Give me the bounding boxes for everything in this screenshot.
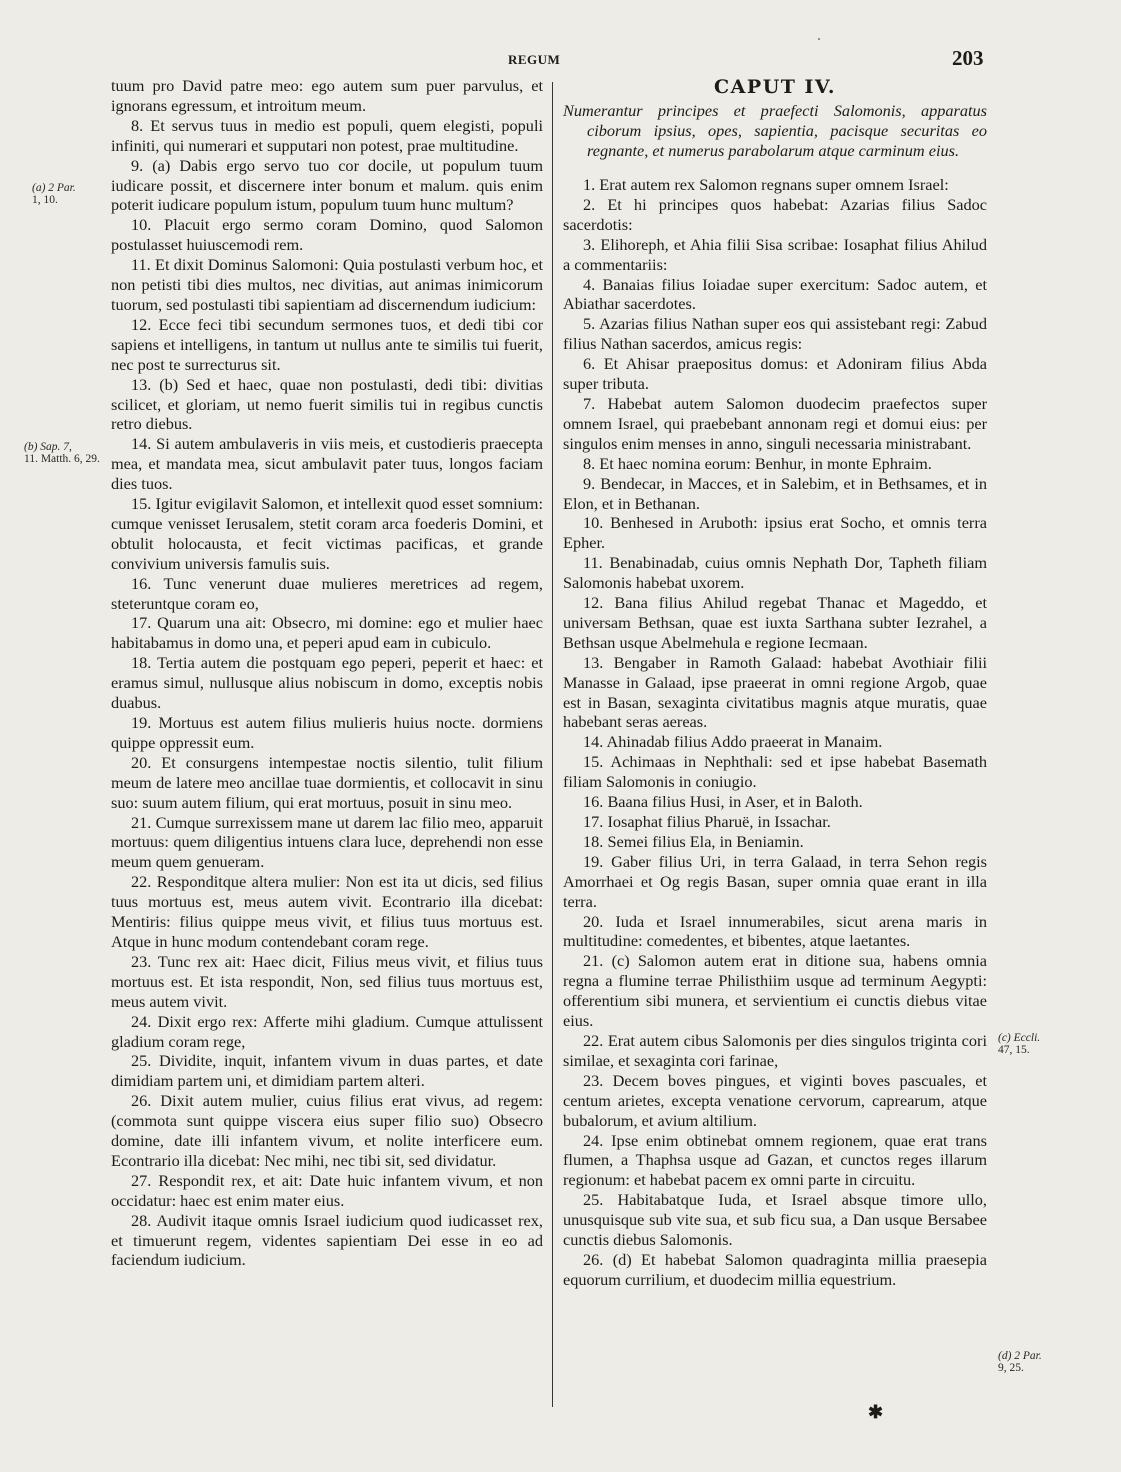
left-column: tuum pro David patre meo: ego autem sum … xyxy=(111,76,543,1270)
verse-8: 8. Et servus tuus in medio est populi, q… xyxy=(111,116,543,156)
running-head: REGUM xyxy=(508,52,560,68)
sidenote-b: (b) Sap. 7, 11. Matth. 6, 29. xyxy=(24,441,106,465)
verse-15: 15. Igitur evigilavit Salomon, et intell… xyxy=(111,494,543,574)
verse-20: 20. Iuda et Israel innumerabiles, sicut … xyxy=(563,912,987,952)
verse-5: 5. Azarias filius Nathan super eos qui a… xyxy=(563,314,987,354)
verse-25: 25. Dividite, inquit, infantem vivum in … xyxy=(111,1051,543,1091)
verse-11: 11. Et dixit Dominus Salomoni: Quia post… xyxy=(111,255,543,315)
verse-16: 16. Baana filius Husi, in Aser, et in Ba… xyxy=(563,792,987,812)
page-header: REGUM 203 xyxy=(0,48,1121,72)
verse-3: 3. Elihoreph, et Ahia filii Sisa scribae… xyxy=(563,235,987,275)
chapter-title: CAPUT IV. xyxy=(563,76,987,98)
asterisk-end-mark-icon: ✱ xyxy=(868,1402,883,1423)
verse-14: 14. Ahinadab filius Addo praeerat in Man… xyxy=(563,732,987,752)
right-column: CAPUT IV. Numerantur principes et praefe… xyxy=(563,76,987,1290)
verse-7: 7. Habebat autem Salomon duodecim praefe… xyxy=(563,394,987,454)
verse-18: 18. Tertia autem die postquam ego peperi… xyxy=(111,653,543,713)
verse-14: 14. Si autem ambulaveris in viis meis, e… xyxy=(111,434,543,494)
sidenote-a: (a) 2 Par. 1, 10. xyxy=(32,182,76,206)
verse-17: 17. Quarum una ait: Obsecro, mi domine: … xyxy=(111,613,543,653)
verse-18: 18. Semei filius Ela, in Beniamin. xyxy=(563,832,987,852)
verse-16: 16. Tunc venerunt duae mulieres meretric… xyxy=(111,574,543,614)
verse-22: 22. Responditque altera mulier: Non est … xyxy=(111,872,543,952)
verse-8: 8. Et haec nomina eorum: Benhur, in mont… xyxy=(563,454,987,474)
page-number: 203 xyxy=(952,46,984,71)
verse-1: 1. Erat autem rex Salomon regnans super … xyxy=(563,175,987,195)
verse-13: 13. Bengaber in Ramoth Galaad: habebat A… xyxy=(563,653,987,733)
verse-25: 25. Habitabatque Iuda, et Israel absque … xyxy=(563,1190,987,1250)
verse-6: 6. Et Ahisar praepositus domus: et Adoni… xyxy=(563,354,987,394)
verse-15: 15. Achimaas in Nephthali: sed et ipse h… xyxy=(563,752,987,792)
verse-2: 2. Et hi principes quos habebat: Azarias… xyxy=(563,195,987,235)
verse-28: 28. Audivit itaque omnis Israel iudicium… xyxy=(111,1211,543,1271)
verse-12: 12. Bana filius Ahilud regebat Thanac et… xyxy=(563,593,987,653)
verse-continuation: tuum pro David patre meo: ego autem sum … xyxy=(111,76,543,116)
verse-10: 10. Benhesed in Aruboth: ipsius erat Soc… xyxy=(563,513,987,553)
verse-19: 19. Mortuus est autem filius mulieris hu… xyxy=(111,713,543,753)
verse-24: 24. Dixit ergo rex: Afferte mihi gladium… xyxy=(111,1012,543,1052)
sidenote-d: (d) 2 Par. 9, 25. xyxy=(998,1350,1042,1374)
verse-10: 10. Placuit ergo sermo coram Domino, quo… xyxy=(111,215,543,255)
verse-19: 19. Gaber filius Uri, in terra Galaad, i… xyxy=(563,852,987,912)
verse-13: 13. (b) Sed et haec, quae non postulasti… xyxy=(111,375,543,435)
verse-11: 11. Benabinadab, cuius omnis Nephath Dor… xyxy=(563,553,987,593)
verse-9: 9. (a) Dabis ergo servo tuo cor docile, … xyxy=(111,156,543,216)
print-speck xyxy=(818,38,820,40)
verse-20: 20. Et consurgens intempestae noctis sil… xyxy=(111,753,543,813)
verse-9: 9. Bendecar, in Macces, et in Salebim, e… xyxy=(563,474,987,514)
verse-17: 17. Iosaphat filius Pharuë, in Issachar. xyxy=(563,812,987,832)
verse-26: 26. Dixit autem mulier, cuius filius era… xyxy=(111,1091,543,1171)
chapter-summary: Numerantur principes et praefecti Salomo… xyxy=(563,101,987,161)
verse-12: 12. Ecce feci tibi secundum sermones tuo… xyxy=(111,315,543,375)
verse-23: 23. Decem boves pingues, et viginti bove… xyxy=(563,1071,987,1131)
verse-21: 21. (c) Salomon autem erat in ditione su… xyxy=(563,951,987,1031)
verse-21: 21. Cumque surrexissem mane ut darem lac… xyxy=(111,813,543,873)
verse-22: 22. Erat autem cibus Salomonis per dies … xyxy=(563,1031,987,1071)
verse-4: 4. Banaias filius Ioiadae super exercitu… xyxy=(563,275,987,315)
verse-26: 26. (d) Et habebat Salomon quadraginta m… xyxy=(563,1250,987,1290)
sidenote-c: (c) Eccli. 47, 15. xyxy=(998,1032,1040,1056)
verse-27: 27. Respondit rex, et ait: Date huic inf… xyxy=(111,1171,543,1211)
verse-24: 24. Ipse enim obtinebat omnem regionem, … xyxy=(563,1131,987,1191)
column-divider xyxy=(552,82,553,1407)
verse-23: 23. Tunc rex ait: Haec dicit, Filius meu… xyxy=(111,952,543,1012)
